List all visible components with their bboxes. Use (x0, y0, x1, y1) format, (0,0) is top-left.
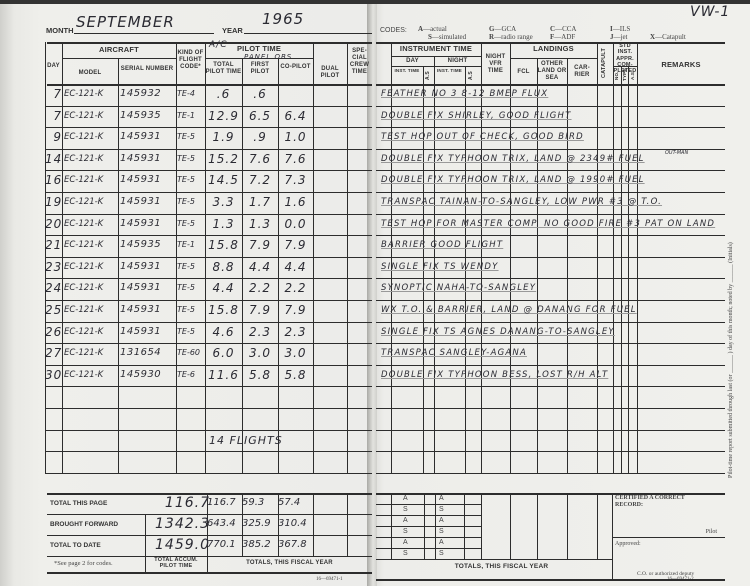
totals-bottom-rule (47, 572, 372, 574)
year-value: 1965 (262, 10, 304, 28)
header-day-inst-time: INST. TIME (391, 68, 423, 73)
co-signature-label: C.O. or authorized deputy (637, 571, 727, 577)
cell-day: 20 (45, 217, 62, 231)
row-rule (45, 127, 372, 128)
code-item: A—actual (418, 25, 447, 33)
row-rule (45, 386, 372, 387)
cell-kind: TE-1 (177, 111, 205, 120)
row-rule (376, 408, 725, 409)
as-row-label-night: S (439, 528, 453, 535)
row-rule (45, 235, 372, 236)
row-rule (45, 214, 372, 215)
header-co-pilot: CO-PILOT (278, 64, 313, 71)
as-row-label-day: A (403, 495, 417, 502)
footer-divider (597, 493, 598, 559)
row-rule (45, 343, 372, 344)
cell-first-pilot: .6 (242, 87, 278, 101)
row-rule (376, 365, 725, 366)
header-night-as: A.S (469, 71, 475, 80)
code-item: I—ILS (610, 25, 630, 33)
fiscal-year-label: TOTALS, THIS FISCAL YEAR (207, 560, 372, 567)
row-rule (45, 473, 372, 474)
book-gutter (367, 0, 377, 586)
cell-first-pilot: 1.7 (242, 195, 278, 209)
row-rule (376, 343, 725, 344)
instrument-subrule-2 (391, 66, 481, 67)
footer-rule (376, 559, 612, 560)
cell-first-pilot: 5.8 (242, 368, 278, 382)
header-day-as: A.S (426, 71, 432, 80)
fiscal-year-label-right: TOTALS, THIS FISCAL YEAR (391, 563, 612, 570)
row-rule (376, 235, 725, 236)
totals-rule (47, 556, 372, 557)
header-kind-of-flight: KIND OF FLIGHT CODE* (176, 50, 205, 71)
row-rule (376, 300, 725, 301)
cell-first-pilot: 7.6 (242, 152, 278, 166)
footer-divider (567, 493, 568, 559)
header-serial: SERIAL NUMBER (118, 66, 176, 73)
aircraft-subrule (62, 58, 176, 59)
cell-co-pilot: 0.0 (278, 217, 313, 231)
cell-first-pilot: 7.9 (242, 303, 278, 317)
cell-model: EC-121-K (64, 111, 120, 121)
cell-co-pilot: 2.3 (278, 325, 313, 339)
code-text: —CCA (555, 25, 576, 33)
codes-label: CODES: (380, 27, 420, 34)
cell-kind: TE-5 (177, 132, 205, 141)
as-row-label-day: S (403, 506, 417, 513)
cell-total: 1.3 (205, 217, 242, 231)
header-std-as: A.S (630, 72, 635, 80)
cell-remarks: TEST HOP FOR MASTER COMP. NO GOOD FIRE #… (381, 219, 721, 229)
form-number-left: 16—69471-1 (316, 577, 343, 582)
cell-remarks: SINGLE FIX TS AGNES DANANG-TO-SANGLEY (381, 327, 721, 337)
cell-kind: TE-5 (177, 305, 205, 314)
footer-divider (510, 493, 511, 559)
cell-total: 12.9 (205, 109, 242, 123)
this_page-total-value: 116.7 (207, 497, 243, 508)
cell-day: 7 (45, 87, 62, 101)
cell-day: 14 (45, 152, 62, 166)
cell-kind: TE-60 (177, 348, 205, 357)
footer-divider (424, 493, 425, 559)
squadron-mark: VW-1 (690, 4, 730, 20)
cell-model: EC-121-K (64, 348, 120, 358)
header-total-pilot-time: TOTAL PILOT TIME (205, 62, 242, 76)
cell-total: 14.5 (205, 173, 242, 187)
row-rule (45, 408, 372, 409)
row-rule (45, 278, 372, 279)
cell-day: 26 (45, 325, 62, 339)
code-text: —simulated (432, 33, 466, 41)
cell-total: 8.8 (205, 260, 242, 274)
header-inst-night: NIGHT (434, 58, 481, 65)
cell-kind: TE-1 (177, 240, 205, 249)
row-rule (45, 149, 372, 150)
cell-serial: 145931 (120, 326, 176, 337)
cell-day: 19 (45, 195, 62, 209)
row-rule (45, 430, 372, 431)
cell-remarks: DOUBLE FIX TYPHOON TRIX, LAND @ 1990# FU… (381, 175, 721, 185)
cell-kind: TE-5 (177, 197, 205, 206)
cell-first-pilot: 3.0 (242, 346, 278, 360)
cell-remarks: TRANSPAC SANGLEY-AGANA (381, 348, 721, 358)
cell-serial: 145931 (120, 218, 176, 229)
header-night-inst-time: INST. TIME (434, 68, 465, 73)
total-to-date-label: TOTAL TO DATE (50, 542, 150, 549)
cell-kind: TE-4 (177, 89, 205, 98)
cell-day: 25 (45, 303, 62, 317)
cell-first-pilot: 2.3 (242, 325, 278, 339)
month-underline (74, 33, 214, 34)
brought_forward-total-value: 643.4 (207, 518, 243, 529)
month-value: SEPTEMBER (76, 13, 175, 31)
landings-subrule (510, 58, 597, 59)
header-night-vfr-time: NIGHT VFR TIME (481, 54, 510, 75)
header-bottom-rule (47, 84, 372, 86)
cell-serial: 145935 (120, 239, 176, 250)
this_page-first-value: 59.3 (242, 497, 278, 508)
cell-serial: 145931 (120, 131, 176, 142)
header-other-land-or-sea: OTHER LAND OR SEA (537, 61, 567, 82)
cell-first-pilot: .9 (242, 130, 278, 144)
cell-kind: TE-5 (177, 327, 205, 336)
header-first-pilot: FIRST PILOT (242, 62, 278, 76)
header-std-type: TYPE (622, 68, 627, 81)
cell-co-pilot: 2.2 (278, 281, 313, 295)
code-text: —ILS (613, 25, 631, 33)
code-item: J—jet (610, 33, 628, 41)
month-label: MONTH (46, 26, 74, 35)
brought-forward-label: BROUGHT FORWARD (50, 521, 150, 528)
header-instrument-time: INSTRUMENT TIME (391, 45, 481, 54)
cell-remarks: FEATHER NO 3 8-12 BMEP FLUX (381, 89, 721, 99)
totals-rule (47, 535, 372, 536)
brought_forward-co-value: 310.4 (278, 518, 313, 529)
totals-divider (347, 493, 348, 556)
code-item: S—simulated (428, 33, 466, 41)
cell-model: EC-121-K (64, 327, 120, 337)
code-text: —radio range (494, 33, 533, 41)
side-note: Pilot-time report submitted through last… (728, 242, 734, 478)
row-rule (45, 192, 372, 193)
cell-co-pilot: 5.8 (278, 368, 313, 382)
code-item: G—GCA (489, 25, 516, 33)
cell-day: 24 (45, 281, 62, 295)
cell-model: EC-121-K (64, 175, 120, 185)
cell-co-pilot: 7.9 (278, 238, 313, 252)
cell-total: 15.8 (205, 303, 242, 317)
code-text: —Catapult (655, 33, 686, 41)
pilot-signature-line (612, 537, 725, 538)
cell-serial: 145931 (120, 261, 176, 272)
cell-total: 15.2 (205, 152, 242, 166)
cell-remarks: WX T.O. & BARRIER, LAND @ DANANG FOR FUE… (381, 305, 721, 315)
row-rule (45, 300, 372, 301)
cell-model: EC-121-K (64, 197, 120, 207)
as-row-label-day: S (403, 528, 417, 535)
year-underline (244, 33, 372, 34)
cell-first-pilot: 2.2 (242, 281, 278, 295)
cell-co-pilot: 6.4 (278, 109, 313, 123)
certified-label: CERTIFIED A CORRECT RECORD: (615, 495, 695, 508)
approved-label: Approved: (615, 541, 675, 547)
cell-model: EC-121-K (64, 262, 120, 272)
cell-model: EC-121-K (64, 305, 120, 315)
totals-rule (47, 514, 372, 515)
cell-co-pilot: 7.3 (278, 173, 313, 187)
cell-first-pilot: 7.2 (242, 173, 278, 187)
total-accum-label: TOTAL ACCUM. PILOT TIME (145, 557, 207, 570)
cell-serial: 131654 (120, 347, 176, 358)
this_page-co-value: 57.4 (278, 497, 313, 508)
cell-remarks: DOUBLE FIX SHIRLEY, GOOD FLIGHT (381, 111, 721, 121)
cell-remarks: DOUBLE FIX TYPHOON BESS, LOST R/H ALT (381, 370, 721, 380)
as-row-label-day: S (403, 550, 417, 557)
code-item: C—CCA (550, 25, 576, 33)
footer-divider (481, 493, 482, 559)
cell-co-pilot: 1.0 (278, 130, 313, 144)
cell-remarks: TEST HOP OUT OF CHECK, GOOD BIRD (381, 132, 721, 142)
cell-day: 16 (45, 173, 62, 187)
row-rule (376, 192, 725, 193)
footer-bottom-rule (376, 579, 725, 581)
row-rule (376, 451, 725, 452)
cell-model: EC-121-K (64, 154, 120, 164)
header-remarks: REMARKS (637, 61, 725, 70)
totals-divider (313, 493, 314, 556)
cell-co-pilot: 4.4 (278, 260, 313, 274)
code-text: —GCA (494, 25, 516, 33)
year-label: YEAR (222, 26, 243, 35)
cell-serial: 145935 (120, 110, 176, 121)
as-row-label-night: A (439, 539, 453, 546)
cell-day: 30 (45, 368, 62, 382)
row-rule (376, 473, 725, 474)
cell-serial: 145931 (120, 196, 176, 207)
cell-co-pilot: 7.6 (278, 152, 313, 166)
as-row-label-night: A (439, 517, 453, 524)
row-rule (45, 170, 372, 171)
row-rule (376, 214, 725, 215)
row-rule (376, 322, 725, 323)
cell-kind: TE-5 (177, 262, 205, 271)
header-model: MODEL (62, 70, 118, 77)
header-std-no: NO. (614, 71, 619, 80)
cell-day: 21 (45, 238, 62, 252)
row-rule (45, 365, 372, 366)
cell-co-pilot: 3.0 (278, 346, 313, 360)
header-carrier: CAR-RIER (567, 65, 597, 79)
row-rule (376, 430, 725, 431)
code-text: —ADF (554, 33, 575, 41)
code-text: —jet (614, 33, 628, 41)
cell-first-pilot: 6.5 (242, 109, 278, 123)
cell-serial: 145930 (120, 369, 176, 380)
row-rule (376, 278, 725, 279)
cell-kind: TE-5 (177, 219, 205, 228)
codes-footnote: *See page 2 for codes. (54, 560, 144, 567)
code-item: R—radio range (489, 33, 533, 41)
header-day: DAY (45, 63, 62, 70)
to_date-co-value: 367.8 (278, 539, 313, 550)
header-fcl: FCL (510, 69, 537, 76)
cell-remarks: BARRIER GOOD FLIGHT (381, 240, 721, 250)
footer-divider (464, 493, 465, 559)
cell-first-pilot: 1.3 (242, 217, 278, 231)
instrument-subrule (391, 56, 481, 57)
cell-model: EC-121-K (64, 132, 120, 142)
cell-kind: TE-5 (177, 154, 205, 163)
cell-model: EC-121-K (64, 219, 120, 229)
cell-remarks: TRANSPAC TAINAN-TO-SANGLEY, LOW PWR #3 @… (381, 197, 721, 207)
row-rule (45, 451, 372, 452)
row-rule (376, 386, 725, 387)
brought_forward-first-value: 325.9 (242, 518, 278, 529)
cell-remarks: SYNOPTIC NAHA-TO-SANGLEY (381, 283, 721, 293)
cell-total: .6 (205, 87, 242, 101)
header-aircraft: AIRCRAFT (62, 46, 176, 55)
top-edge (0, 0, 750, 4)
cell-total: 6.0 (205, 346, 242, 360)
cell-day: 23 (45, 260, 62, 274)
as-row-label-day: A (403, 539, 417, 546)
as-row-label-day: A (403, 517, 417, 524)
as-row-label-night: S (439, 506, 453, 513)
header-landings: LANDINGS (510, 45, 597, 54)
footer-divider (537, 493, 538, 559)
cell-serial: 145931 (120, 153, 176, 164)
row-rule (45, 257, 372, 258)
signature-divider (612, 493, 613, 579)
total-this-page-label: TOTAL THIS PAGE (50, 500, 150, 507)
header-dual-pilot: DUAL PILOT (313, 66, 347, 80)
code-text: —actual (423, 25, 447, 33)
row-rule (45, 106, 372, 107)
cell-model: EC-121-K (64, 283, 120, 293)
header-special-crew-time: SPE-CIAL CREW TIME (347, 48, 372, 76)
code-item: X—Catapult (650, 33, 686, 41)
cell-kind: TE-6 (177, 370, 205, 379)
header-bottom-rule (376, 84, 725, 86)
handwritten-panel-obs-annotation: PANEL OBS (244, 53, 314, 61)
cell-total: 4.6 (205, 325, 242, 339)
cell-remarks: SINGLE FIX TS WENDY (381, 262, 721, 272)
cell-total: 3.3 (205, 195, 242, 209)
row-rule (376, 257, 725, 258)
to_date-total-value: 770.1 (207, 539, 243, 550)
pilot-signature-label: Pilot (687, 529, 717, 535)
as-row-label-night: S (439, 550, 453, 557)
row-rule (45, 322, 372, 323)
this_page-accum-value: 116.7 (150, 495, 210, 511)
cell-serial: 145932 (120, 88, 176, 99)
cell-serial: 145931 (120, 174, 176, 185)
row-rule (376, 127, 725, 128)
cell-total: 15.8 (205, 238, 242, 252)
cell-day: 7 (45, 109, 62, 123)
footer-divider (391, 493, 392, 559)
cell-model: EC-121-K (64, 89, 120, 99)
cell-first-pilot: 7.9 (242, 238, 278, 252)
cell-co-pilot: 7.9 (278, 303, 313, 317)
cell-serial: 145931 (120, 282, 176, 293)
cell-total: 4.4 (205, 281, 242, 295)
as-row-label-night: A (439, 495, 453, 502)
cell-total: 11.6 (205, 368, 242, 382)
cell-day: 9 (45, 130, 62, 144)
cell-day: 27 (45, 346, 62, 360)
code-item: F—ADF (550, 33, 575, 41)
cell-serial: 145931 (120, 304, 176, 315)
header-inst-day: DAY (391, 58, 434, 65)
brought_forward-accum-value: 1342.3 (150, 516, 210, 532)
footer-divider (435, 493, 436, 559)
cell-co-pilot: 1.6 (278, 195, 313, 209)
cell-kind: TE-5 (177, 175, 205, 184)
cell-model: EC-121-K (64, 370, 120, 380)
cell-first-pilot: 4.4 (242, 260, 278, 274)
to_date-accum-value: 1459.0 (150, 537, 210, 553)
to_date-first-value: 385.2 (242, 539, 278, 550)
row-rule (376, 106, 725, 107)
cell-kind: TE-5 (177, 283, 205, 292)
header-catapult: CATAPULT (601, 48, 607, 78)
row-rule (376, 170, 725, 171)
outman-annotation: OUT-MAN (665, 150, 705, 156)
handwritten-ac-annotation: A/C (209, 40, 239, 50)
cell-total: 1.9 (205, 130, 242, 144)
cell-model: EC-121-K (64, 240, 120, 250)
flight-count-annotation: 14 FLIGHTS (209, 434, 319, 447)
